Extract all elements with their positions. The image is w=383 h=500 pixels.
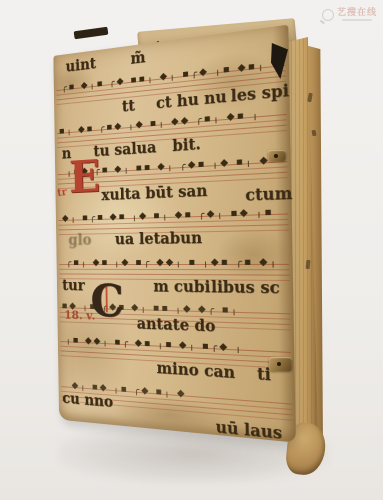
- manuscript-word: cu nno: [62, 388, 113, 411]
- book-front-cover: uint m̃ ╭▪ ◆╷▪ ╭◆ ▪▪╷ ◆╷ ▪╭◆ ╷▪ ◆▪╷ tt c…: [53, 25, 296, 443]
- watermark-text: 艺搜在线: [337, 8, 377, 18]
- clasp-pin-upper: [268, 150, 286, 161]
- manuscript-word: tur: [62, 276, 85, 295]
- rubric-annotation: tr: [57, 185, 68, 199]
- manuscript-word: glo: [68, 230, 91, 249]
- illuminated-initial-C: C: [90, 278, 124, 323]
- watermark: 艺搜在线: [322, 8, 377, 21]
- neume-line: ◆╷ ▪╭▪ ◆▪ ╷◆ ▪╷ ◆▪ ╭◆╷ ▪◆ ╷▪: [62, 200, 289, 231]
- manuscript-word: m̃: [130, 47, 145, 68]
- neume-line: ╭▪╷ ◆▪ ╷◆ ▪╭ ◆◆╷ ▪ ╷◆▪ ╭▪ ◆╷: [66, 250, 290, 276]
- clasp-pin-lower: [269, 357, 292, 371]
- manuscript-word: mino can: [156, 358, 235, 383]
- photo-scene: 艺搜在线 ╷◆ ▪╭ ◆╷ ▪◆ ╷ uint m̃ ╭▪ ◆╷▪ ╭◆ ▪▪╷…: [0, 0, 383, 500]
- cover-fold-gap: [74, 27, 109, 40]
- watermark-subtext: [342, 19, 372, 21]
- manuscript-word: xulta būt san: [101, 180, 207, 204]
- manuscript-word: ua letabun: [115, 227, 203, 248]
- manuscript-word: m cubi: [153, 276, 210, 296]
- manuscript-word: tt: [122, 95, 135, 115]
- manuscript-word: libus sc: [211, 277, 280, 298]
- magnifier-icon: [322, 9, 334, 21]
- manuscript-word: uint: [65, 53, 96, 75]
- illuminated-initial-E: E: [69, 154, 101, 199]
